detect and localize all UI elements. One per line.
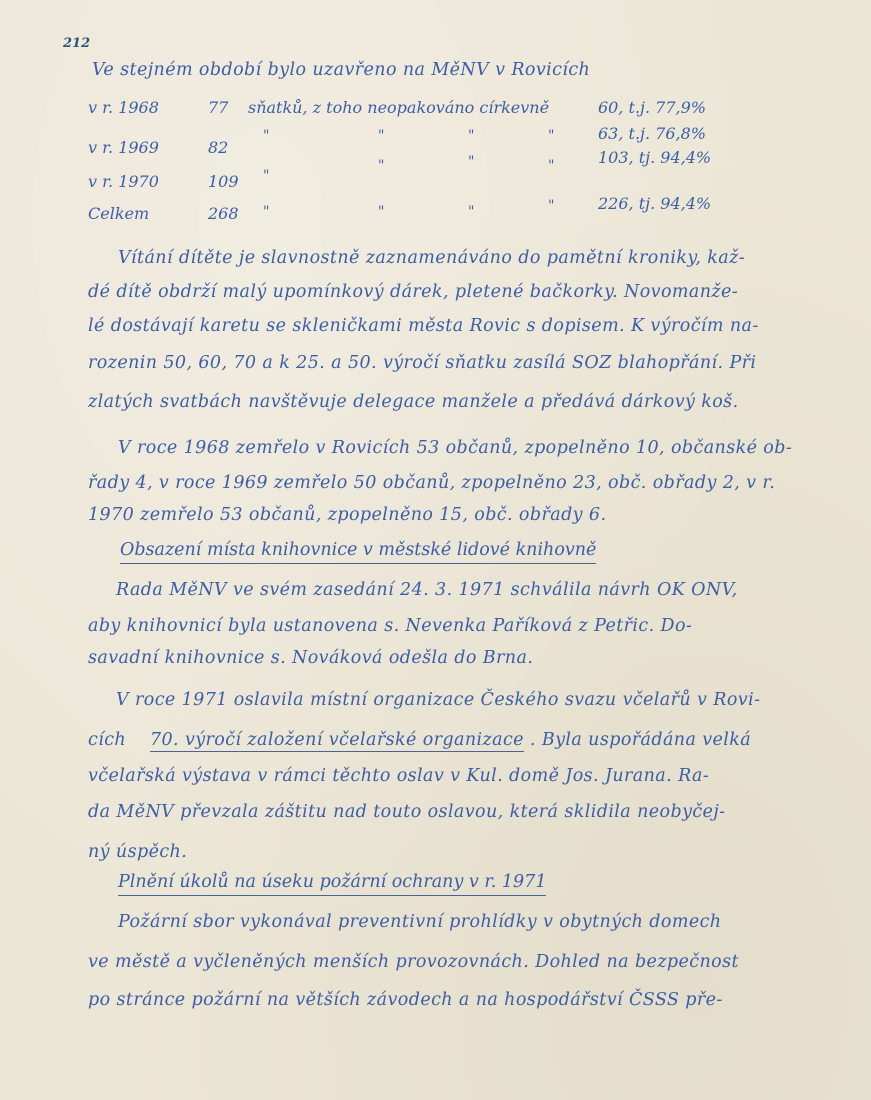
row-desc: sňatků, z toho neopakováno církevně [248, 98, 549, 117]
paragraph-line: aby knihovnicí byla ustanovena s. Nevenk… [88, 616, 692, 636]
paragraph-line: 1970 zemřelo 53 občanů, zpopelněno 15, o… [88, 505, 606, 525]
table-row: v r. 1968 77 sňatků, z toho neopakováno … [88, 98, 788, 124]
ditto-mark: " [263, 204, 269, 220]
row-value: 63, t.j. 76,8% [598, 124, 706, 143]
row-value: 60, t.j. 77,9% [598, 98, 706, 117]
section-heading: Plnění úkolů na úseku požární ochrany v … [118, 872, 546, 896]
paragraph-line: Požární sbor vykonával preventivní prohl… [118, 912, 721, 932]
paragraph-line: V roce 1968 zemřelo v Rovicích 53 občanů… [118, 438, 792, 458]
row-year: v r. 1969 [88, 138, 159, 157]
ditto-mark: " [468, 204, 474, 220]
paragraph-line: zlatých svatbách navštěvuje delegace man… [88, 392, 739, 412]
row-count: 109 [208, 172, 239, 191]
ditto-mark: " [548, 198, 554, 214]
intro-line: Ve stejném období bylo uzavřeno na MěNV … [92, 60, 590, 80]
row-value: 226, tj. 94,4% [598, 194, 711, 213]
ditto-mark: " [378, 158, 384, 174]
row-year: v r. 1970 [88, 172, 159, 191]
paragraph-line: Vítání dítěte je slavnostně zaznamenáván… [118, 248, 745, 268]
row-year: v r. 1968 [88, 98, 159, 117]
ditto-mark: " [468, 154, 474, 170]
paragraph-line: savadní knihovnice s. Nováková odešla do… [88, 648, 533, 668]
ditto-mark: " [548, 128, 554, 144]
ditto-mark: " [378, 204, 384, 220]
paragraph-line: dé dítě obdrží malý upomínkový dárek, pl… [88, 282, 738, 302]
paragraph-line: da MěNV převzala záštitu nad touto oslav… [88, 802, 725, 822]
row-count: 82 [208, 138, 228, 157]
paragraph-line: ný úspěch. [88, 842, 187, 862]
row-value: 103, tj. 94,4% [598, 148, 711, 167]
page-number: 212 [63, 36, 90, 51]
row-count: 268 [208, 204, 239, 223]
paragraph-line: V roce 1971 oslavila místní organizace Č… [116, 690, 760, 710]
underlined-phrase: 70. výročí založení včelařské organizace [150, 730, 524, 752]
section-heading: Obsazení místa knihovnice v městské lido… [120, 540, 596, 564]
paragraph-line: lé dostávají karetu se skleničkami města… [88, 316, 759, 336]
paragraph-line: Rada MěNV ve svém zasedání 24. 3. 1971 s… [116, 580, 738, 600]
ditto-mark: " [468, 128, 474, 144]
ditto-mark: " [263, 168, 269, 184]
paragraph-line: cích 70. výročí založení včelařské organ… [88, 730, 751, 750]
paragraph-line: včelařská výstava v rámci těchto oslav v… [88, 766, 709, 786]
line-text: cích [88, 730, 126, 750]
row-count: 77 [208, 98, 228, 117]
paragraph-line: ve městě a vyčleněných menších provozovn… [88, 952, 739, 972]
ditto-mark: " [378, 128, 384, 144]
table-row: Celkem 268 " " " " 226, tj. 94,4% [88, 204, 788, 230]
line-text: . Byla uspořádána velká [530, 730, 751, 750]
paragraph-line: řady 4, v roce 1969 zemřelo 50 občanů, z… [88, 473, 775, 493]
row-year: Celkem [88, 204, 149, 223]
paragraph-line: rozenin 50, 60, 70 a k 25. a 50. výročí … [88, 353, 756, 373]
ditto-mark: " [263, 128, 269, 144]
ditto-mark: " [548, 158, 554, 174]
chronicle-page: 212 Ve stejném období bylo uzavřeno na M… [0, 0, 871, 1100]
paragraph-line: po stránce požární na větších závodech a… [88, 990, 723, 1010]
